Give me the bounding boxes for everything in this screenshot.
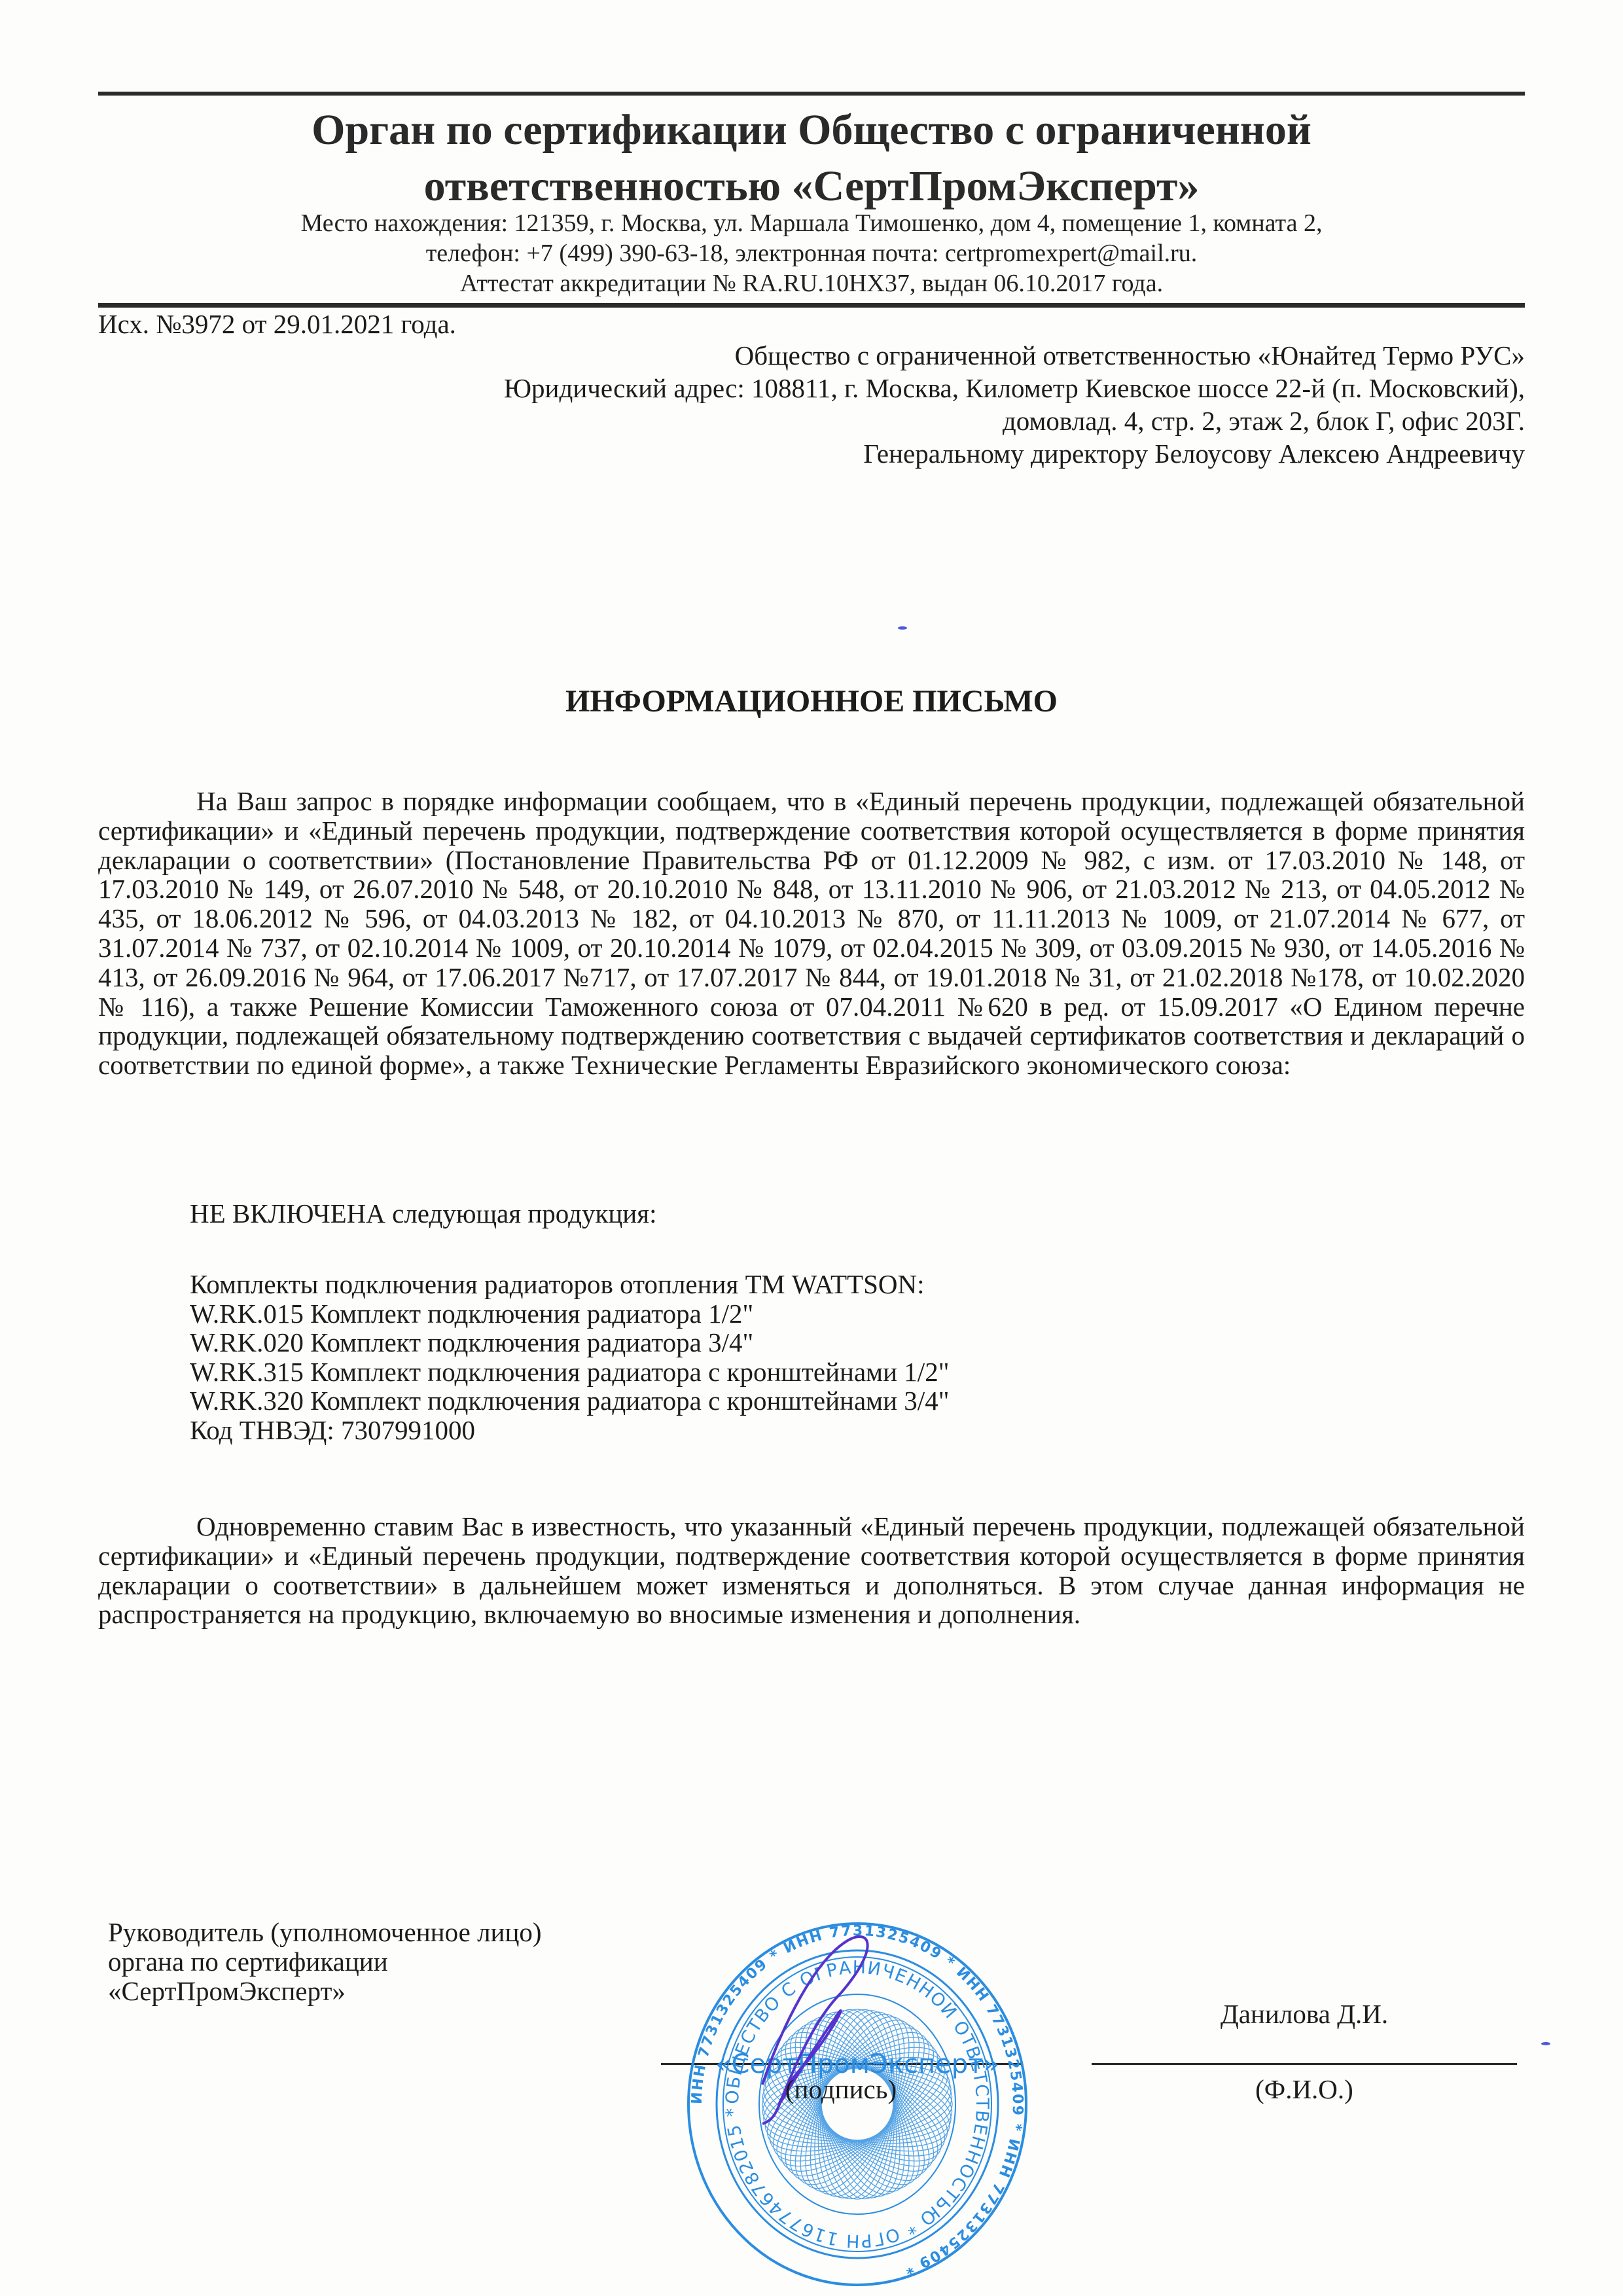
products-heading: Комплекты подключения радиаторов отоплен… <box>190 1270 949 1299</box>
product-item: W.RK.315 Комплект подключения радиатора … <box>190 1357 949 1387</box>
letterhead-top-rule <box>98 92 1525 96</box>
signer-line-3: «СертПромЭксперт» <box>108 1977 542 2006</box>
company-seal-stamp-icon: ИНН 7731325409 * ИНН 7731325409 * ИНН 77… <box>684 1921 1031 2287</box>
org-contacts: телефон: +7 (499) 390-63-18, электронная… <box>98 238 1525 268</box>
body-paragraph-2: Одновременно ставим Вас в известность, ч… <box>98 1512 1525 1629</box>
recipient-address-line-1: Юридический адрес: 108811, г. Москва, Ки… <box>281 372 1525 404</box>
product-item: W.RK.320 Комплект подключения радиатора … <box>190 1386 949 1416</box>
signer-title: Руководитель (уполномоченное лицо) орган… <box>108 1918 542 2006</box>
org-title-line-1: Орган по сертификации Общество с огранич… <box>98 102 1525 158</box>
document-title: ИНФОРМАЦИОННОЕ ПИСЬМО <box>0 682 1623 721</box>
product-list: Комплекты подключения радиаторов отоплен… <box>190 1270 949 1445</box>
ink-speck <box>898 626 907 630</box>
body-paragraph-1: На Ваш запрос в порядке информации сообщ… <box>98 787 1525 1080</box>
recipient-company: Общество с ограниченной ответственностью… <box>281 339 1525 372</box>
recipient-address-line-2: домовлад. 4, стр. 2, этаж 2, блок Г, офи… <box>281 404 1525 437</box>
name-line <box>1092 2063 1517 2065</box>
paragraph-text: На Ваш запрос в порядке информации сообщ… <box>98 787 1525 1080</box>
name-caption: (Ф.И.О.) <box>1092 2075 1517 2104</box>
letterhead-contact-info: Место нахождения: 121359, г. Москва, ул.… <box>98 208 1525 298</box>
ink-speck <box>1541 2042 1550 2045</box>
letterhead-org-title: Орган по сертификации Общество с огранич… <box>98 102 1525 215</box>
tnved-code: Код ТНВЭД: 7307991000 <box>190 1416 949 1445</box>
letterhead-bottom-rule <box>98 303 1525 308</box>
outgoing-reference: Исх. №3972 от 29.01.2021 года. <box>98 308 456 340</box>
org-title-line-2: ответственностью «СертПромЭксперт» <box>98 158 1525 215</box>
recipient-block: Общество с ограниченной ответственностью… <box>281 339 1525 470</box>
org-accreditation: Аттестат аккредитации № RA.RU.10НХ37, вы… <box>98 268 1525 298</box>
product-item: W.RK.015 Комплект подключения радиатора … <box>190 1299 949 1329</box>
org-address: Место нахождения: 121359, г. Москва, ул.… <box>98 208 1525 238</box>
recipient-addressee: Генеральному директору Белоусову Алексею… <box>281 437 1525 470</box>
signer-name: Данилова Д.И. <box>1092 2000 1517 2029</box>
signer-line-1: Руководитель (уполномоченное лицо) <box>108 1918 542 1947</box>
not-included-statement: НЕ ВКЛЮЧЕНА следующая продукция: <box>190 1199 657 1229</box>
signature-caption: (подпись) <box>753 2075 929 2104</box>
signer-line-2: органа по сертификации <box>108 1947 542 1977</box>
paragraph-text: Одновременно ставим Вас в известность, ч… <box>98 1512 1525 1629</box>
product-item: W.RK.020 Комплект подключения радиатора … <box>190 1328 949 1357</box>
